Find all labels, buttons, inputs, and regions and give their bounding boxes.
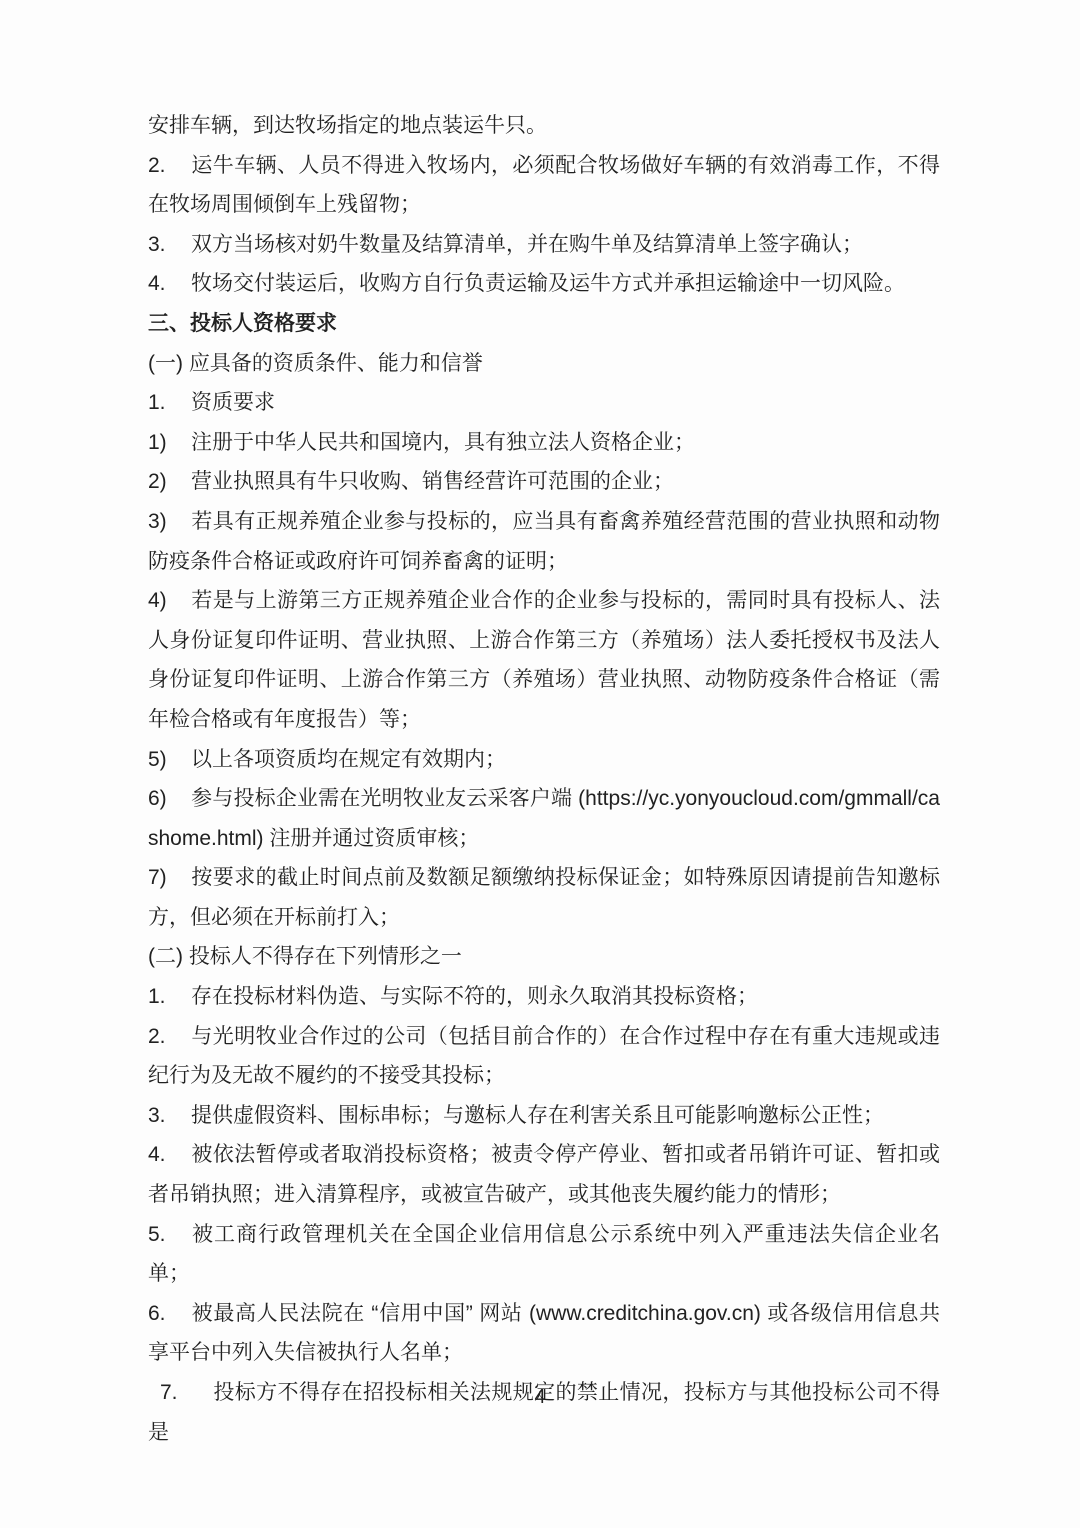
page-number: 4 — [0, 1383, 1080, 1411]
item-text: (二) 投标人不得存在下列情形之一 — [148, 945, 462, 968]
paragraph: 3)若具有正规养殖企业参与投标的，应当具有畜禽养殖经营范围的营业执照和动物防疫条… — [148, 502, 940, 581]
item-text: 注册于中华人民共和国境内，具有独立法人资格企业； — [191, 431, 695, 454]
item-text: 被最高人民法院在 “信用中国” 网站 (www.creditchina.gov.… — [148, 1302, 940, 1365]
item-number: 2) — [148, 462, 175, 502]
paragraph: 5.被工商行政管理机关在全国企业信用信息公示系统中列入严重违法失信企业名单； — [148, 1215, 940, 1294]
item-number: 4. — [148, 264, 175, 304]
item-number: 1. — [148, 977, 175, 1017]
paragraph: 5)以上各项资质均在规定有效期内； — [148, 740, 940, 780]
item-number: 4. — [148, 1135, 175, 1175]
item-text: 存在投标材料伪造、与实际不符的，则永久取消其投标资格； — [191, 985, 758, 1008]
paragraph: 4.被依法暂停或者取消投标资格；被责令停产停业、暂扣或者吊销许可证、暂扣或者吊销… — [148, 1135, 940, 1214]
item-text: 被工商行政管理机关在全国企业信用信息公示系统中列入严重违法失信企业名单； — [148, 1223, 940, 1286]
paragraph: 2.运牛车辆、人员不得进入牧场内，必须配合牧场做好车辆的有效消毒工作，不得在牧场… — [148, 146, 940, 225]
paragraph: 4.牧场交付装运后，收购方自行负责运输及运牛方式并承担运输途中一切风险。 — [148, 264, 940, 304]
item-text: 与光明牧业合作过的公司（包括目前合作的）在合作过程中存在有重大违规或违纪行为及无… — [148, 1025, 940, 1088]
item-number: 2. — [148, 1017, 175, 1057]
item-text: 营业执照具有牛只收购、销售经营许可范围的企业； — [191, 470, 674, 493]
item-text: 提供虚假资料、围标串标；与邀标人存在利害关系且可能影响邀标公正性； — [191, 1104, 884, 1127]
item-text: 牧场交付装运后，收购方自行负责运输及运牛方式并承担运输途中一切风险。 — [191, 272, 905, 295]
paragraph: 1.存在投标材料伪造、与实际不符的，则永久取消其投标资格； — [148, 977, 940, 1017]
paragraph: 6.被最高人民法院在 “信用中国” 网站 (www.creditchina.go… — [148, 1294, 940, 1373]
item-number: 3) — [148, 502, 175, 542]
item-text: 安排车辆，到达牧场指定的地点装运牛只。 — [148, 114, 547, 137]
paragraph: 2)营业执照具有牛只收购、销售经营许可范围的企业； — [148, 462, 940, 502]
paragraph: 7)按要求的截止时间点前及数额足额缴纳投标保证金；如特殊原因请提前告知邀标方，但… — [148, 858, 940, 937]
paragraph: 4)若是与上游第三方正规养殖企业合作的企业参与投标的，需同时具有投标人、法人身份… — [148, 581, 940, 739]
item-text: 资质要求 — [191, 391, 275, 414]
item-number: 5. — [148, 1215, 175, 1255]
paragraph: 1.资质要求 — [148, 383, 940, 423]
item-number: 5) — [148, 740, 175, 780]
paragraph: 6)参与投标企业需在光明牧业友云采客户端 (https://yc.yonyouc… — [148, 779, 940, 858]
paragraph: 安排车辆，到达牧场指定的地点装运牛只。 — [148, 106, 940, 146]
item-text: 运牛车辆、人员不得进入牧场内，必须配合牧场做好车辆的有效消毒工作，不得在牧场周围… — [148, 154, 940, 217]
item-number: 3. — [148, 1096, 175, 1136]
item-text: (一) 应具备的资质条件、能力和信誉 — [148, 352, 483, 375]
item-number: 6. — [148, 1294, 175, 1334]
item-number: 1. — [148, 383, 175, 423]
item-number: 6) — [148, 779, 175, 819]
item-text: 以上各项资质均在规定有效期内； — [191, 748, 506, 771]
paragraph: 3.提供虚假资料、围标串标；与邀标人存在利害关系且可能影响邀标公正性； — [148, 1096, 940, 1136]
paragraph: 2.与光明牧业合作过的公司（包括目前合作的）在合作过程中存在有重大违规或违纪行为… — [148, 1017, 940, 1096]
item-number: 1) — [148, 423, 175, 463]
item-text: 被依法暂停或者取消投标资格；被责令停产停业、暂扣或者吊销许可证、暂扣或者吊销执照… — [148, 1143, 940, 1206]
item-text: 双方当场核对奶牛数量及结算清单，并在购牛单及结算清单上签字确认； — [191, 233, 863, 256]
document-body: 安排车辆，到达牧场指定的地点装运牛只。2.运牛车辆、人员不得进入牧场内，必须配合… — [148, 106, 940, 1452]
item-text: 参与投标企业需在光明牧业友云采客户端 (https://yc.yonyouclo… — [148, 787, 940, 850]
item-number: 2. — [148, 146, 175, 186]
section-heading: 三、投标人资格要求 — [148, 304, 940, 344]
paragraph: (二) 投标人不得存在下列情形之一 — [148, 937, 940, 977]
item-number: 7) — [148, 858, 175, 898]
item-text: 若是与上游第三方正规养殖企业合作的企业参与投标的，需同时具有投标人、法人身份证复… — [148, 589, 940, 731]
item-number: 3. — [148, 225, 175, 265]
paragraph: 3.双方当场核对奶牛数量及结算清单，并在购牛单及结算清单上签字确认； — [148, 225, 940, 265]
item-text: 三、投标人资格要求 — [148, 312, 337, 335]
item-text: 按要求的截止时间点前及数额足额缴纳投标保证金；如特殊原因请提前告知邀标方，但必须… — [148, 866, 940, 929]
item-number: 4) — [148, 581, 175, 621]
paragraph: 1)注册于中华人民共和国境内，具有独立法人资格企业； — [148, 423, 940, 463]
document-page: 安排车辆，到达牧场指定的地点装运牛只。2.运牛车辆、人员不得进入牧场内，必须配合… — [0, 0, 1080, 1528]
item-text: 若具有正规养殖企业参与投标的，应当具有畜禽养殖经营范围的营业执照和动物防疫条件合… — [148, 510, 940, 573]
paragraph: (一) 应具备的资质条件、能力和信誉 — [148, 344, 940, 384]
